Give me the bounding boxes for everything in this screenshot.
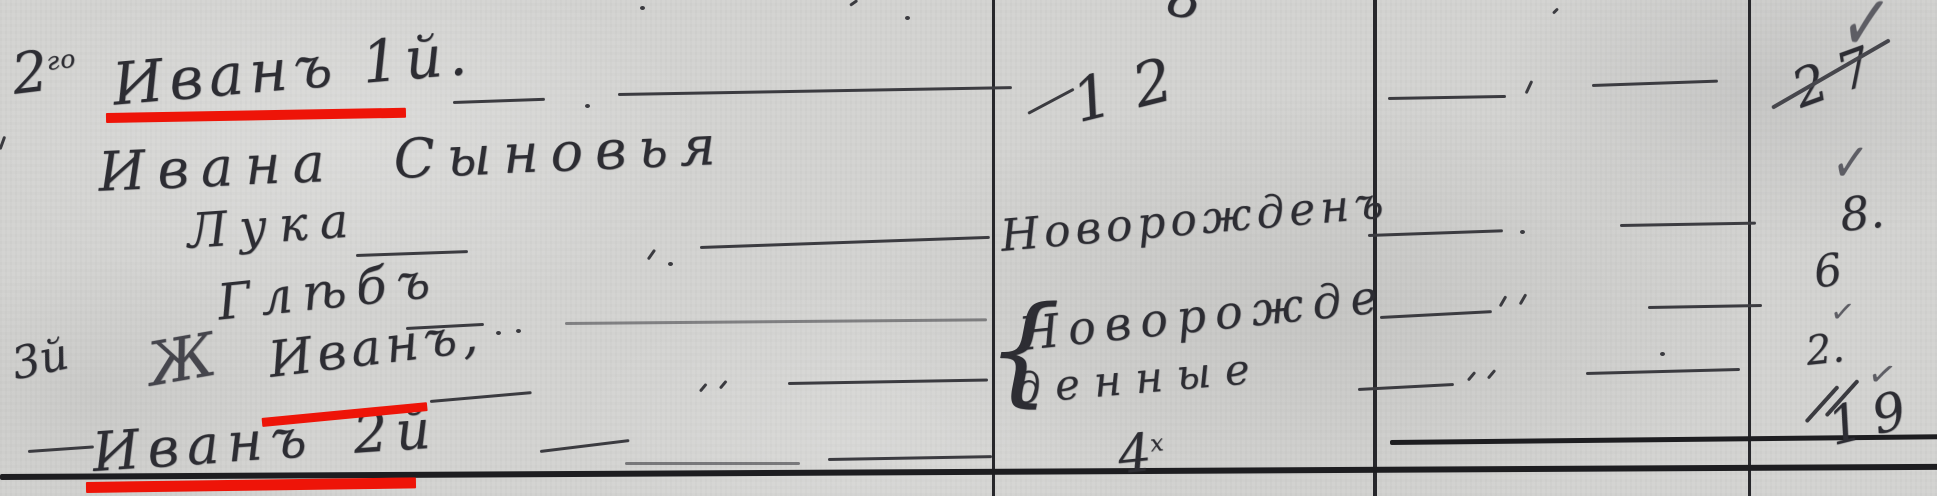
- ink-comma: [647, 249, 656, 261]
- name-luka: Лука: [186, 196, 362, 256]
- ink-dash: [1586, 368, 1740, 375]
- sons-heading: Ивана Сыновья: [97, 118, 728, 199]
- ink-dot: [1660, 352, 1665, 356]
- ink-dot: [668, 262, 673, 266]
- ink-tick: [1467, 371, 1476, 381]
- age-ivan-2-sup: х: [1149, 428, 1166, 457]
- ink-speck: [0, 136, 6, 150]
- ink-dot: [516, 329, 521, 333]
- ink-dash: [1620, 222, 1756, 227]
- note-newborn-line1: Новорожде: [1017, 273, 1389, 357]
- household-number-2: 3й: [8, 333, 72, 388]
- ink-speck: [640, 6, 645, 10]
- age-ivan-2: 4х: [1115, 426, 1167, 483]
- ink-dash: [1592, 80, 1718, 87]
- ink-dash: [788, 379, 988, 385]
- ink-dash: [618, 86, 1012, 96]
- ink-dash: [1368, 229, 1503, 237]
- ink-dash: [1648, 304, 1762, 309]
- ink-dash: [540, 439, 630, 453]
- ink-tick: [719, 380, 728, 390]
- ink-dash: [28, 445, 94, 453]
- ink-speck: [849, 0, 858, 7]
- value-2: 2.: [1804, 328, 1846, 372]
- note-newborn: Новорожденъ: [999, 181, 1390, 259]
- value-8: 8.: [1838, 188, 1886, 238]
- check-mark: ✓: [1830, 135, 1871, 192]
- column-rule-1: [992, 0, 995, 496]
- pen-flourish: Ж: [143, 325, 220, 396]
- name-ivan-1: Иванъ 1й.: [110, 24, 475, 113]
- ink-dot: [585, 104, 590, 108]
- household-number-suffix: го: [45, 44, 78, 76]
- ink-dot: [1520, 230, 1525, 234]
- value-19: 19: [1823, 382, 1923, 454]
- ink-dash: [453, 98, 545, 104]
- ink-tick: [1487, 369, 1496, 379]
- scanned-register-page: 2го Иванъ 1й. Ивана Сыновья Лука Глѣбъ 3…: [0, 0, 1937, 496]
- ink-speck: [905, 16, 910, 20]
- ink-dash: [1388, 95, 1506, 100]
- check-mark: ✓: [1829, 297, 1857, 329]
- age-ivan-1: 12: [1067, 44, 1202, 132]
- ink-tick: [1499, 295, 1508, 307]
- age-fragment-top: 8: [1164, 0, 1207, 29]
- ink-tick: [1519, 293, 1528, 305]
- ink-dash: [565, 318, 987, 325]
- ink-dash: [625, 462, 800, 465]
- ink-dash: [828, 455, 992, 461]
- household-number: 2го: [9, 40, 81, 104]
- ink-comma: [1525, 80, 1534, 94]
- ink-tick: [699, 383, 708, 393]
- ink-dash: [430, 391, 532, 403]
- column-rule-3: [1748, 0, 1751, 496]
- value-6: 6: [1811, 248, 1845, 295]
- column-rule-2: [1373, 0, 1377, 496]
- ink-leadstroke: [1027, 88, 1074, 115]
- ink-speck: [1552, 7, 1559, 14]
- ink-dot: [496, 331, 501, 335]
- ink-dash: [1380, 310, 1492, 319]
- ink-dash: [700, 236, 990, 249]
